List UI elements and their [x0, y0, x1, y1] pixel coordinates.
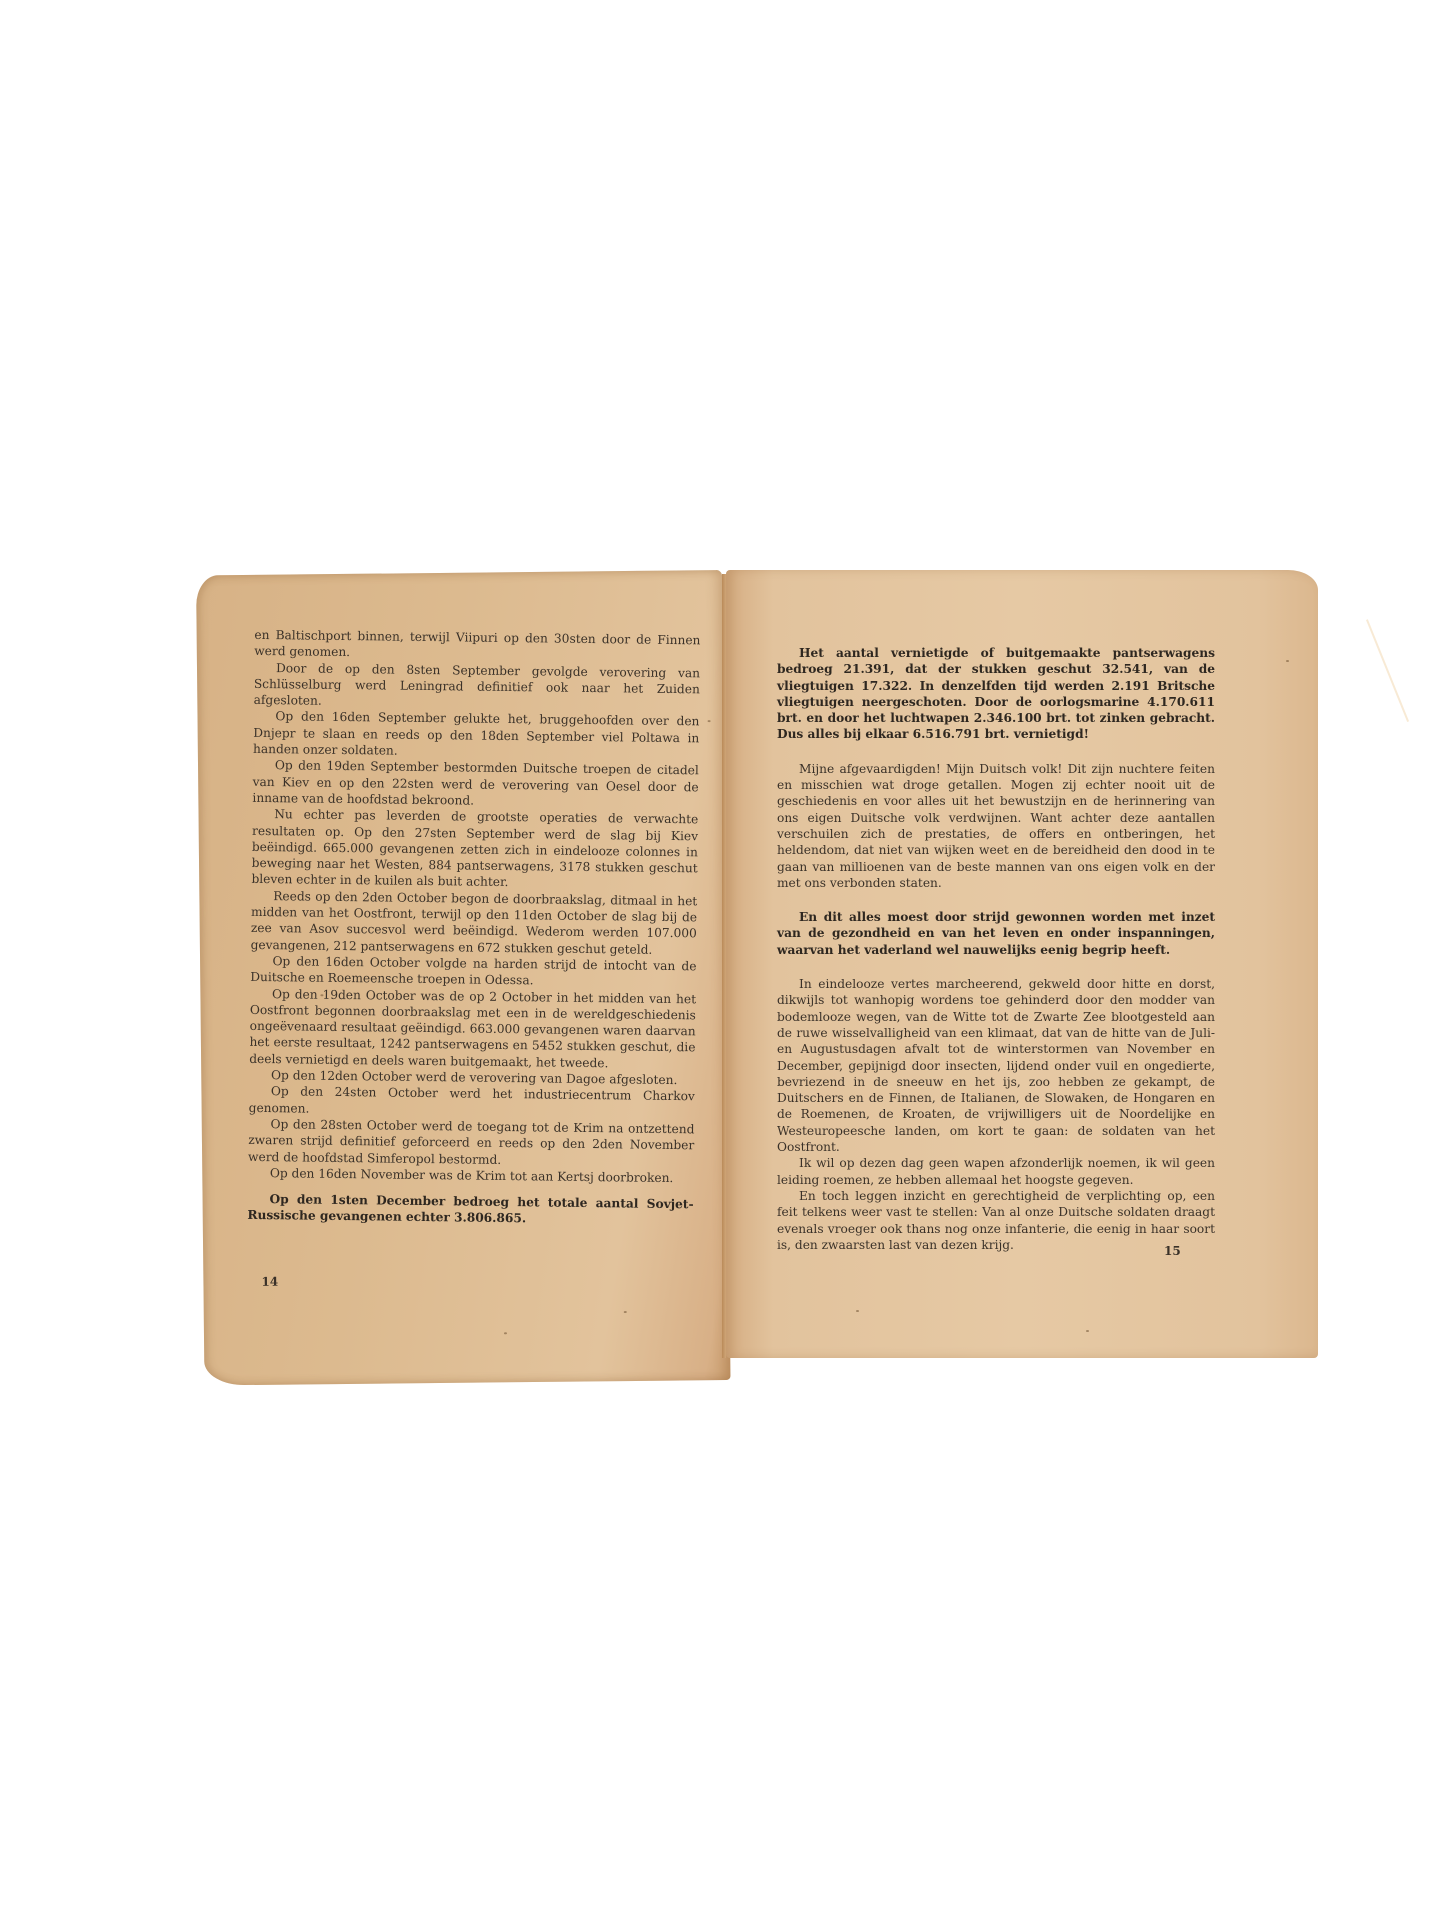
paragraph: Mijne afgevaardigden! Mijn Duitsch volk!…: [777, 761, 1215, 891]
paragraph: Op den 16den September gelukte het, brug…: [253, 708, 700, 762]
left-page: en Baltischport binnen, terwijl Viipuri …: [196, 570, 730, 1385]
paper-speck: [320, 994, 323, 996]
paragraph: Nu echter pas leverden de grootste opera…: [251, 806, 698, 893]
paper-speck: [504, 1332, 507, 1334]
paper-crease: [1366, 619, 1409, 722]
emphasis-paragraph: En dit alles moest door strijd gewonnen …: [777, 909, 1215, 958]
open-booklet: en Baltischport binnen, terwijl Viipuri …: [196, 548, 1318, 1358]
paragraph: en Baltischport binnen, terwijl Viipuri …: [254, 627, 700, 665]
page-number-left: 14: [261, 1275, 278, 1289]
statistics-paragraph: Het aantal vernietigde of buitgemaakte p…: [777, 645, 1215, 743]
paragraph: Op den 24sten October werd het industrie…: [249, 1083, 695, 1121]
right-page-text: Het aantal vernietigde of buitgemaakte p…: [777, 645, 1215, 1253]
paper-speck: [1286, 660, 1289, 662]
paragraph: En toch leggen inzicht en gerechtigheid …: [777, 1188, 1215, 1253]
paragraph: Door de op den 8sten September gevolgde …: [254, 659, 701, 713]
paper-speck: [708, 720, 711, 722]
paragraph: In eindelooze vertes marcheerend, gekwel…: [777, 976, 1215, 1155]
page-number-right: 15: [1164, 1244, 1181, 1258]
paragraph: Ik wil op dezen dag geen wapen afzonderl…: [777, 1155, 1215, 1188]
paragraph: Reeds op den 2den October begon de doorb…: [251, 888, 698, 959]
paragraph: Op den 16den October volgde na harden st…: [250, 953, 696, 991]
left-page-text: en Baltischport binnen, terwijl Viipuri …: [247, 627, 700, 1229]
right-page: Het aantal vernietigde of buitgemaakte p…: [726, 570, 1318, 1358]
paper-speck: [1086, 1330, 1089, 1332]
paragraph: Op den 19den October was de op 2 October…: [249, 985, 696, 1072]
paper-speck: [856, 1310, 859, 1312]
paper-speck: [624, 1311, 627, 1313]
paragraph: Op den 19den September bestormden Duitsc…: [252, 757, 699, 811]
paragraph: Op den 28sten October werd de toegang to…: [248, 1116, 695, 1170]
summary-paragraph: Op den 1sten December bedroeg het totale…: [247, 1191, 693, 1229]
